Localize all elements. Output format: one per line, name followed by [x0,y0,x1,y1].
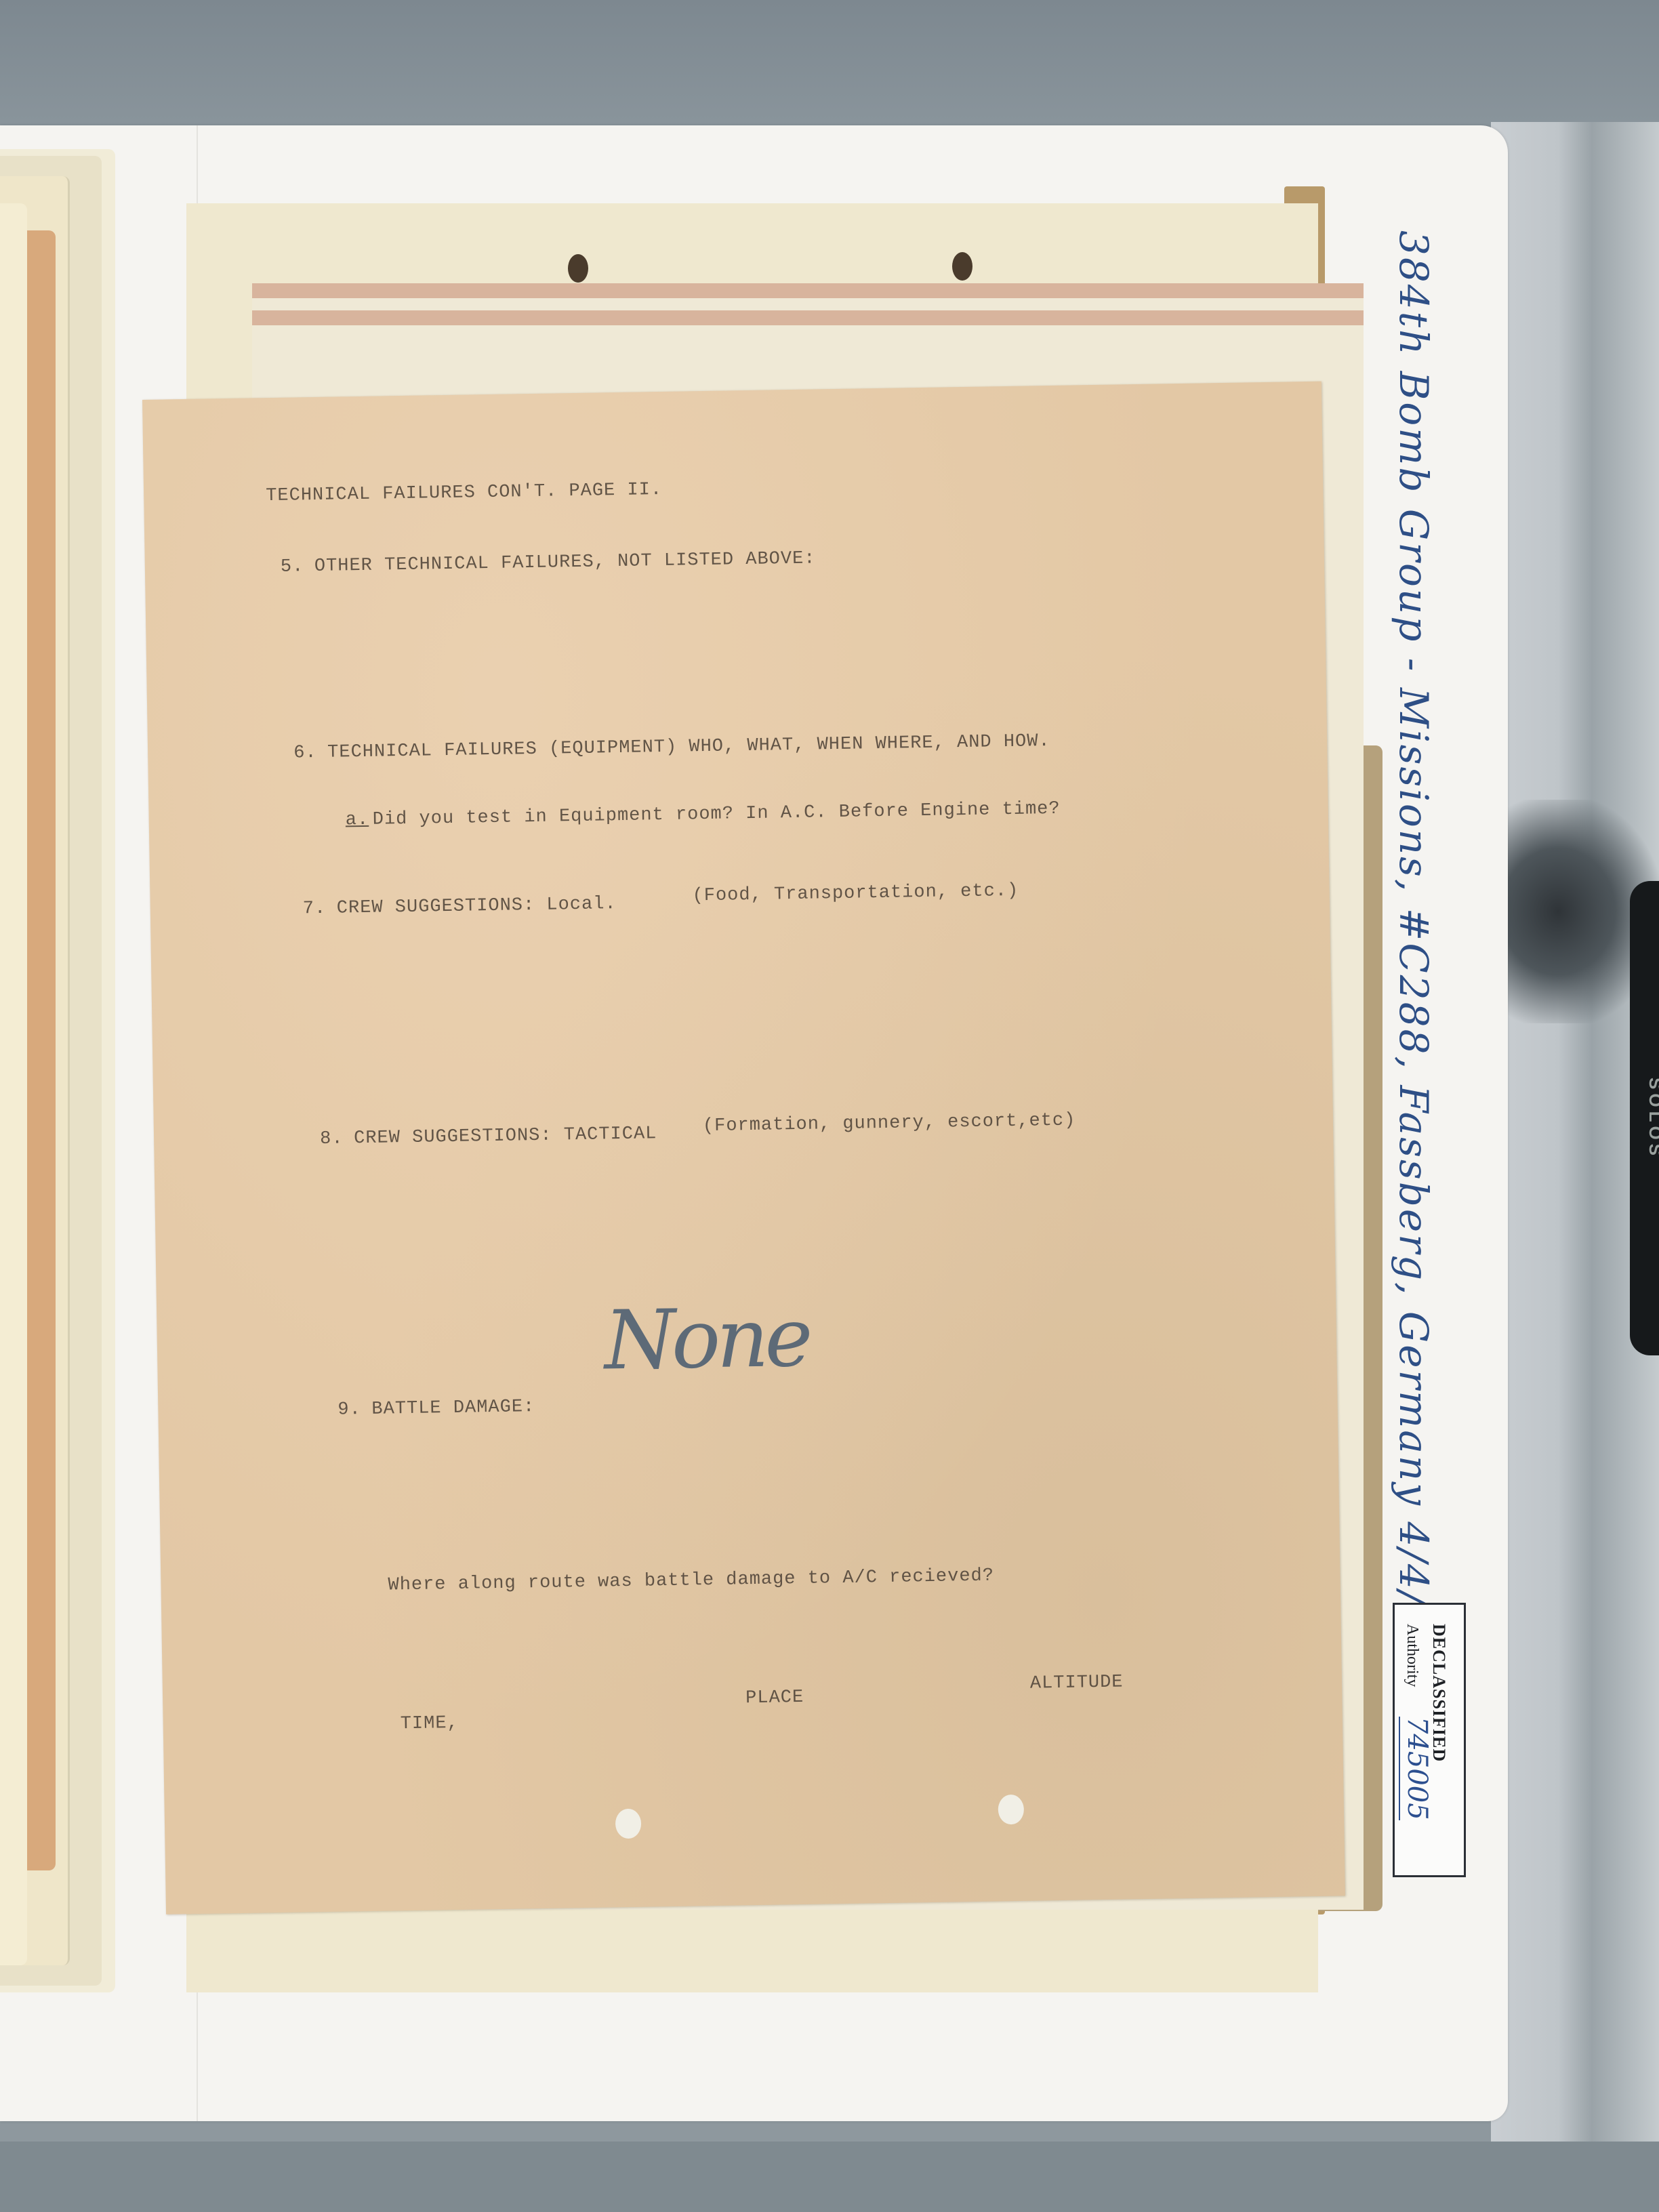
page-header: TECHNICAL FAILURES CON'T. PAGE II. [266,480,662,506]
punch-hole [952,252,972,281]
item-number: 8. [320,1128,344,1149]
folder-handwritten-label: 384th Bomb Group - Missions, #C288, Fass… [1376,230,1437,1491]
column-time: TIME, [401,1713,459,1734]
item-8-note: (Formation, gunnery, escort,etc) [703,1110,1076,1136]
item-number: 7. [303,899,327,920]
item-5-label: OTHER TECHNICAL FAILURES, NOT LISTED ABO… [314,548,816,577]
item-6-label: TECHNICAL FAILURES (EQUIPMENT) WHO, WHAT… [327,731,1050,763]
item-7-label: CREW SUGGESTIONS: Local. [337,894,617,918]
column-place: PLACE [745,1687,804,1708]
item-7-note: (Food, Transportation, etc.) [692,881,1019,907]
left-page [0,203,27,1965]
item-number: 9. [337,1399,361,1420]
declassified-stamp: DECLASSIFIED Authority 745005 [1393,1603,1466,1877]
desk-edge [0,2142,1659,2212]
item-number: 5. [281,556,304,577]
item-number: 6. [293,743,317,764]
device-brand-label: SOLOS [1639,1078,1659,1159]
authority-label: Authority [1403,1624,1421,1687]
punch-hole [568,254,588,283]
mission-report-page: TECHNICAL FAILURES CON'T. PAGE II. 5. OT… [142,382,1345,1914]
item-6a-question: Did you test in Equipment room? In A.C. … [373,799,1061,830]
battle-damage-question: Where along route was battle damage to A… [388,1565,994,1595]
authority-number: 745005 [1399,1717,1433,1820]
handwritten-answer: None [604,1291,810,1389]
pink-band [252,283,1364,298]
item-9-label: BATTLE DAMAGE: [371,1397,535,1420]
punch-hole [615,1809,642,1839]
item-8-label: CREW SUGGESTIONS: TACTICAL [354,1124,657,1149]
pink-band [252,310,1364,325]
punch-hole [998,1795,1024,1825]
column-altitude: ALTITUDE [1030,1672,1124,1694]
item-number: a. [346,810,369,831]
